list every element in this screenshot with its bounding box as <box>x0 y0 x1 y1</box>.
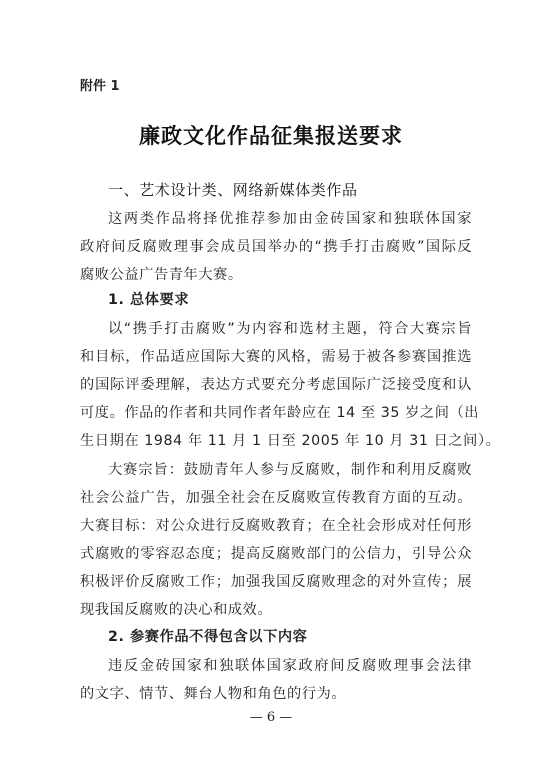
paragraph-line: 的国际评委理解，表达方式要充分考虑国际广泛接受度和认 <box>80 375 472 395</box>
paragraph-line: 和目标，作品适应国际大赛的风格，需易于被各参赛国推选 <box>80 347 472 367</box>
paragraph-line: 以“携手打击腐败”为内容和选材主题，符合大赛宗旨 <box>80 319 472 339</box>
subheading: 2. 参赛作品不得包含以下内容 <box>108 627 472 647</box>
paragraph-line: 违反金砖国家和独联体国家政府间反腐败理事会法律 <box>80 656 472 676</box>
paragraph-line: 社会公益广告，加强全社会在反腐败宣传教育方面的互动。 <box>80 488 472 508</box>
paragraph-line: 政府间反腐败理事会成员国举办的“携手打击腐败”国际反 <box>80 237 472 257</box>
paragraph-line: 积极评价反腐败工作；加强我国反腐败理念的对外宣传；展 <box>80 572 472 592</box>
paragraph-line: 现我国反腐败的决心和成效。 <box>80 600 472 620</box>
paragraph-line: 可度。作品的作者和共同作者年龄应在 14 至 35 岁之间（出 <box>80 403 472 423</box>
paragraph-line: 大赛宗旨：鼓励青年人参与反腐败，制作和利用反腐败 <box>80 460 472 480</box>
paragraph-line: 腐败公益广告青年大赛。 <box>80 265 472 285</box>
subheading: 1. 总体要求 <box>108 290 472 310</box>
document-page: 附件 1 廉政文化作品征集报送要求 一、艺术设计类、网络新媒体类作品 这两类作品… <box>0 0 542 772</box>
paragraph-line: 生日期在 1984 年 11 月 1 日至 2005 年 10 月 31 日之间… <box>80 431 472 451</box>
paragraph-line: 的文字、情节、舞台人物和角色的行为。 <box>80 684 472 704</box>
paragraph-line: 大赛目标：对公众进行反腐败教育；在全社会形成对任何形 <box>80 516 472 536</box>
attachment-label: 附件 1 <box>80 75 120 94</box>
paragraph-line: 式腐败的零容忍态度；提高反腐败部门的公信力，引导公众 <box>80 544 472 564</box>
document-title: 廉政文化作品征集报送要求 <box>0 120 542 150</box>
section-heading: 一、艺术设计类、网络新媒体类作品 <box>108 180 472 200</box>
paragraph-line: 这两类作品将择优推荐参加由金砖国家和独联体国家 <box>80 209 472 229</box>
page-number: — 6 — <box>0 710 542 725</box>
